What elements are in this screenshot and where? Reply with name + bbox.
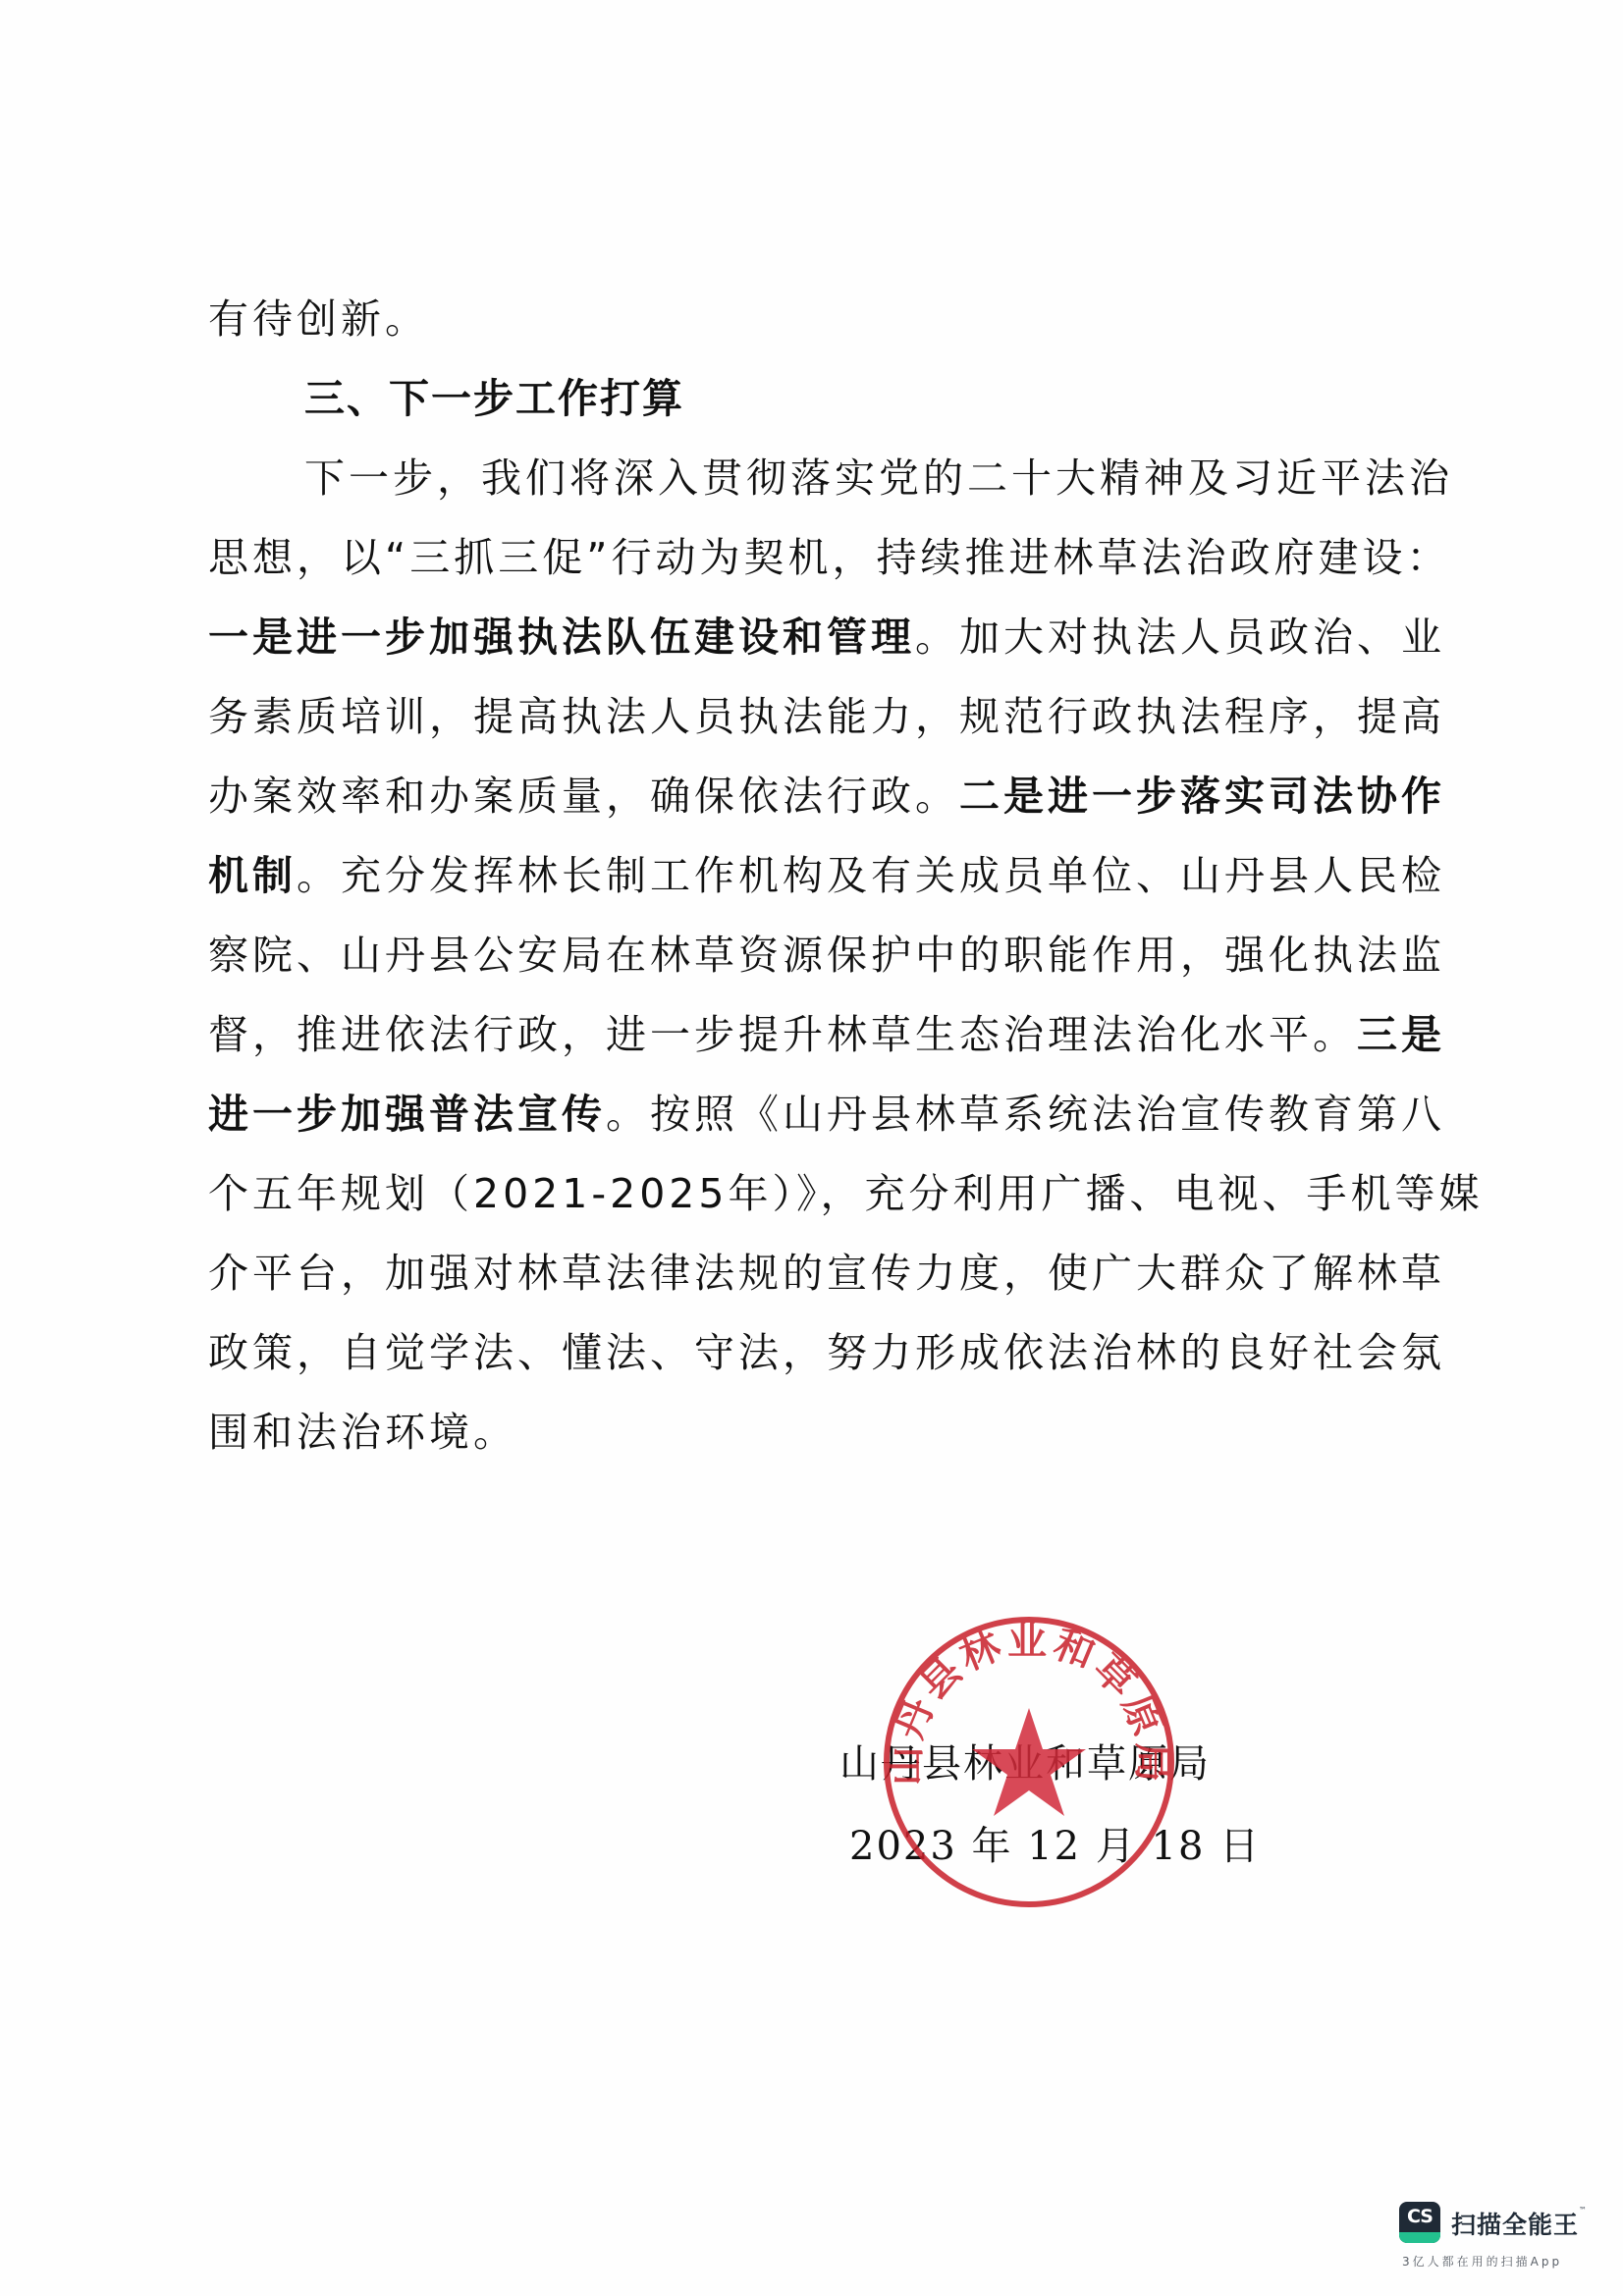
text-segment: 围和法治环境。 [208,1409,517,1456]
signature-date: 2023 年 12 月 18 日 [849,1805,1261,1888]
text-line: 一是进一步加强执法队伍建设和管理。加大对执法人员政治、业 [208,598,1455,677]
text-segment: 介平台，加强对林草法律法规的宣传力度，使广大群众了解林草 [208,1250,1445,1297]
signature-block: 山丹县林业和草原局 2023 年 12 月 18 日 [839,1723,1261,1888]
text-line: 察院、山丹县公安局在林草资源保护中的职能作用，强化执法监 [208,916,1455,995]
text-line: 思想，以“三抓三促”行动为契机，持续推进林草法治政府建设： [208,518,1455,598]
text-line: 务素质培训，提高执法人员执法能力，规范行政执法程序，提高 [208,677,1455,757]
text-segment: 。充分发挥林长制工作机构及有关成员单位、山丹县人民检 [297,852,1445,899]
strong-point-2-cont: 机制 [208,852,297,899]
text-segment: 办案效率和办案质量，确保依法行政。 [208,773,959,820]
text-line: 办案效率和办案质量，确保依法行政。二是进一步落实司法协作 [208,757,1455,836]
text-line: 机制。充分发挥林长制工作机构及有关成员单位、山丹县人民检 [208,836,1455,916]
text-segment: 下一步，我们将深入贯彻落实党的二十大精神及习近平法治 [304,454,1453,502]
text-line: 进一步加强普法宣传。按照《山丹县林草系统法治宣传教育第八 [208,1075,1455,1154]
text-line: 个五年规划（2021-2025年）》，充分利用广播、电视、手机等媒 [208,1154,1455,1234]
logo-text: CS [1399,2206,1440,2227]
strong-point-3: 三是 [1357,1011,1445,1058]
text-line: 围和法治环境。 [208,1393,1455,1472]
strong-point-1: 一是进一步加强执法队伍建设和管理 [208,614,915,661]
app-name: 扫描全能王™ [1451,2206,1588,2241]
signature-organization: 山丹县林业和草原局 [839,1723,1261,1805]
text-line: 介平台，加强对林草法律法规的宣传力度，使广大群众了解林草 [208,1234,1455,1313]
text-line: 下一步，我们将深入贯彻落实党的二十大精神及习近平法治 [208,439,1455,518]
text-line: 有待创新。 [208,280,1455,359]
text-segment: 政策，自觉学法、懂法、守法，努力形成依法治林的良好社会氛 [208,1329,1445,1376]
text-line: 政策，自觉学法、懂法、守法，努力形成依法治林的良好社会氛 [208,1313,1455,1393]
text-segment: 思想，以“三抓三促”行动为契机，持续推进林草法治政府建设： [208,534,1450,581]
text-segment: 个五年规划（2021-2025年）》，充分利用广播、电视、手机等媒 [208,1170,1483,1217]
scanner-watermark: CS 扫描全能王™ 3亿人都在用的扫描App [1399,2202,1615,2280]
text-segment: 。按照《山丹县林草系统法治宣传教育第八 [606,1091,1445,1138]
camscanner-logo-icon: CS [1399,2202,1440,2243]
trademark-symbol: ™ [1579,2206,1588,2215]
app-name-text: 扫描全能王 [1451,2211,1579,2239]
app-tagline: 3亿人都在用的扫描App [1402,2253,1562,2269]
text-segment: 有待创新。 [208,295,429,343]
text-segment: 务素质培训，提高执法人员执法能力，规范行政执法程序，提高 [208,693,1445,740]
text-line: 督，推进依法行政，进一步提升林草生态治理法治化水平。三是 [208,995,1455,1075]
strong-point-2: 二是进一步落实司法协作 [959,773,1445,820]
logo-accent-bar [1399,2232,1440,2243]
text-segment: 。加大对执法人员政治、业 [915,614,1445,661]
text-segment: 督，推进依法行政，进一步提升林草生态治理法治化水平。 [208,1011,1357,1058]
strong-point-3-cont: 进一步加强普法宣传 [208,1091,606,1138]
section-heading: 三、下一步工作打算 [208,359,1455,439]
document-page: 有待创新。 三、下一步工作打算 下一步，我们将深入贯彻落实党的二十大精神及习近平… [0,0,1623,2296]
text-segment: 察院、山丹县公安局在林草资源保护中的职能作用，强化执法监 [208,932,1445,979]
document-body: 有待创新。 三、下一步工作打算 下一步，我们将深入贯彻落实党的二十大精神及习近平… [208,280,1455,1472]
